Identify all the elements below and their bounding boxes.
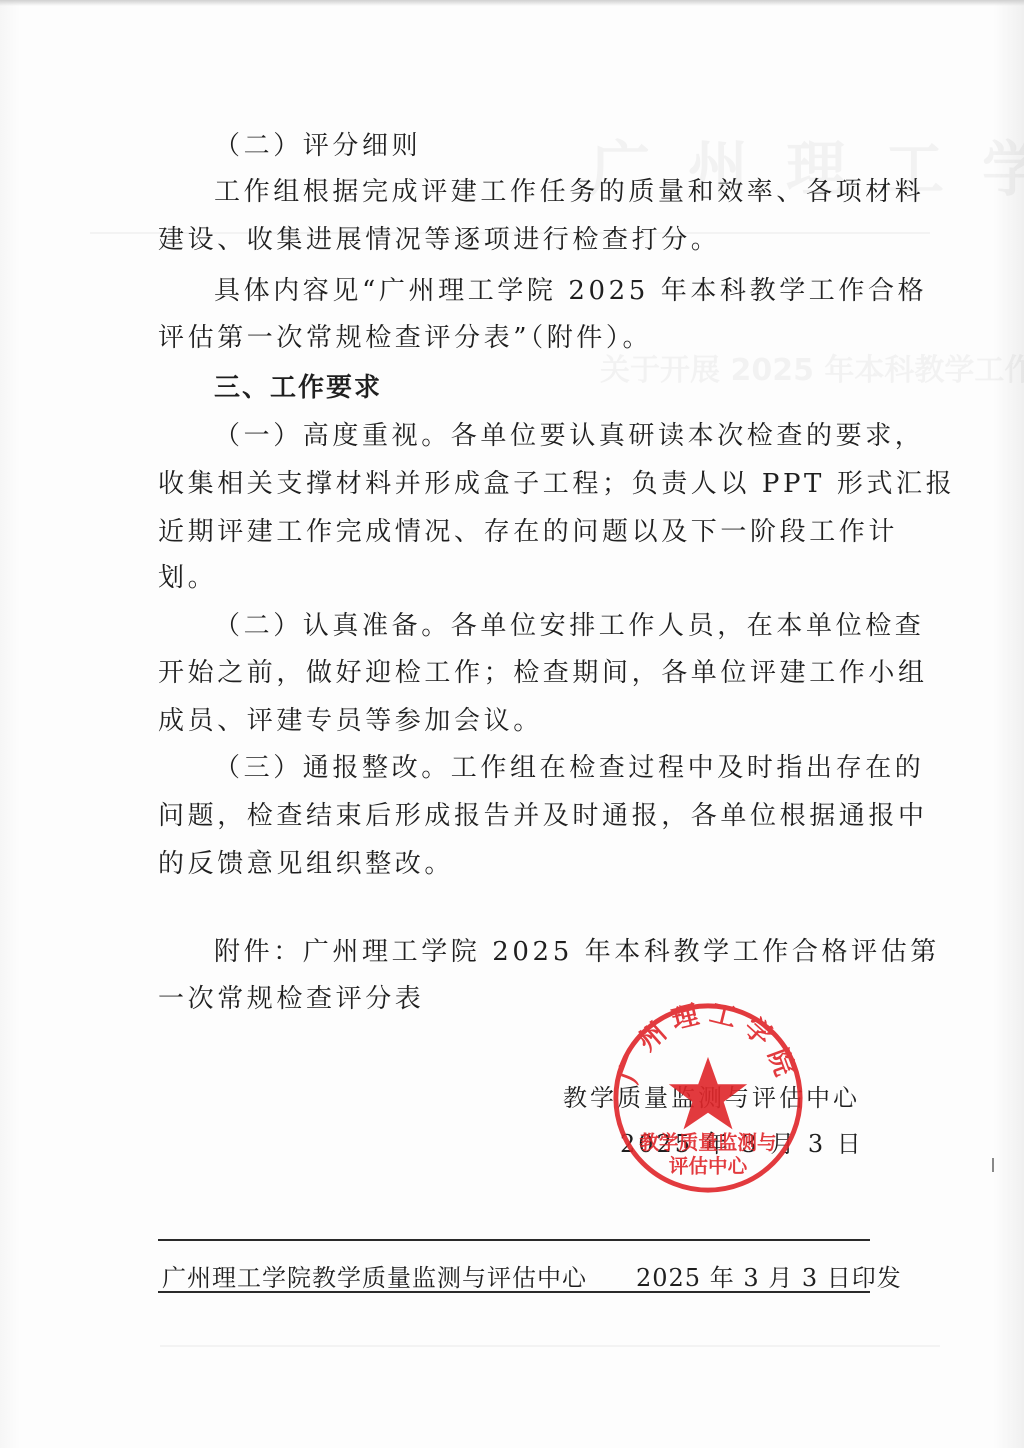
footer-top-rule: [158, 1239, 870, 1241]
paragraph-line: 具体内容见“广州理工学院 2025 年本科教学工作合格: [214, 271, 927, 311]
signature-date: 2025 年 3 月 3 日: [620, 1124, 864, 1159]
paragraph-line: 建设、收集进展情况等逐项进行检查打分。: [158, 220, 720, 260]
section-heading-requirements: 三、工作要求: [214, 368, 382, 408]
requirement-item-2-line: 成员、评建专员等参加会议。: [158, 701, 543, 741]
document-page: 广州理工学院 关于开展 2025 年本科教学工作合格评估 （二）评分细则 工作组…: [0, 0, 1024, 1448]
requirement-item-3-line: （三）通报整改。工作组在检查过程中及时指出存在的: [214, 748, 924, 788]
attachment-line: 一次常规检查评分表: [158, 979, 424, 1019]
attachment-line: 附件：广州理工学院 2025 年本科教学工作合格评估第: [214, 932, 940, 972]
paragraph-line: 工作组根据完成评建工作任务的质量和效率、各项材料: [214, 172, 924, 212]
requirement-item-3-line: 问题，检查结束后形成报告并及时通报，各单位根据通报中: [158, 796, 928, 836]
requirement-item-1-line: 近期评建工作完成情况、存在的问题以及下一阶段工作计: [158, 512, 898, 552]
footer-issuer: 广州理工学院教学质量监测与评估中心: [162, 1258, 587, 1293]
bleed-through-rule: [160, 1345, 940, 1347]
signature-issuer: 教学质量监测与评估中心: [563, 1078, 860, 1113]
stamp-outer-text: 广州理工学院: [613, 1000, 802, 1087]
requirement-item-1-line: 收集相关支撑材料并形成盒子工程；负责人以 PPT 形式汇报: [158, 464, 955, 504]
requirement-item-3-line: 的反馈意见组织整改。: [158, 844, 454, 884]
requirement-item-2-line: 开始之前，做好迎检工作；检查期间，各单位评建工作小组: [158, 653, 928, 693]
footer-issued-date: 2025 年 3 月 3 日印发: [636, 1258, 902, 1293]
paragraph-line: 评估第一次常规检查评分表”（附件）。: [158, 318, 652, 358]
scan-top-edge: [0, 0, 1024, 6]
requirement-item-1-line: 划。: [158, 558, 217, 598]
requirement-item-1-line: （一）高度重视。各单位要认真研读本次检查的要求，: [214, 416, 924, 456]
bleed-through-subtitle: 关于开展 2025 年本科教学工作合格评估: [600, 345, 1024, 389]
footer-bottom-rule: [158, 1291, 870, 1293]
requirement-item-2-line: （二）认真准备。各单位安排工作人员，在本单位检查: [214, 606, 924, 646]
section-heading-scoring: （二）评分细则: [214, 126, 421, 166]
scan-mark: [992, 1158, 994, 1172]
svg-text:广州理工学院: 广州理工学院: [613, 1000, 802, 1087]
